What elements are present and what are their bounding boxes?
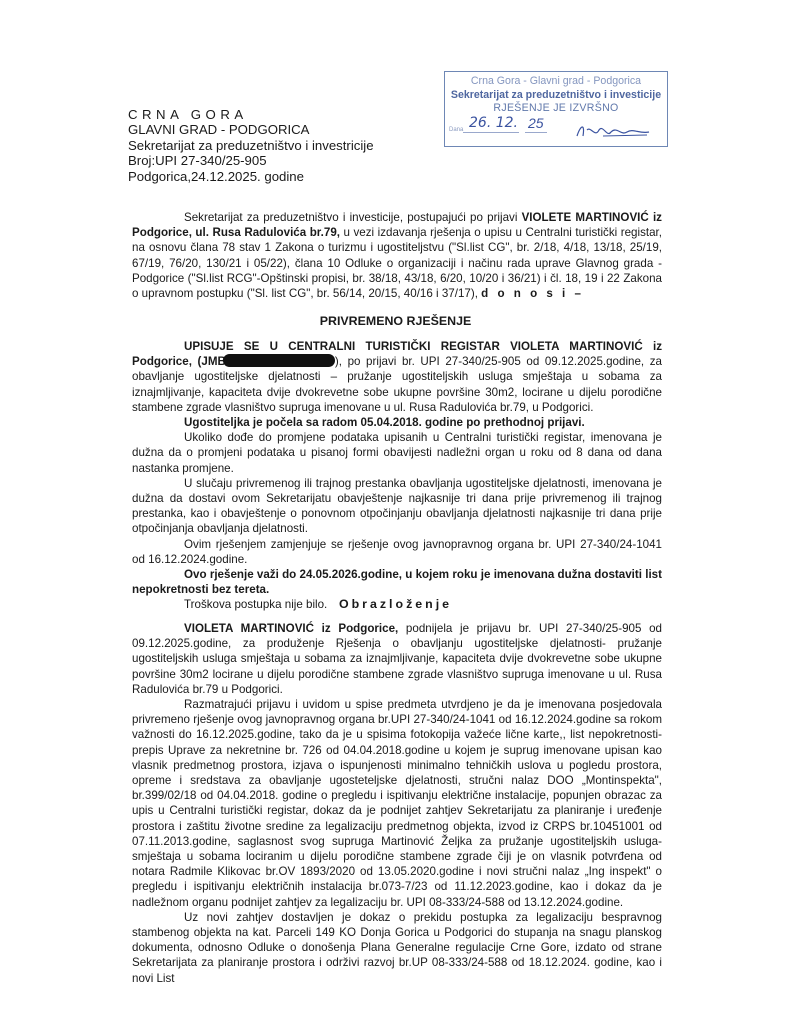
letterhead-country: CRNA GORA: [128, 107, 374, 122]
stamp-line-department: Sekretarijat za preduzetništvo i investi…: [445, 89, 667, 103]
decision-start-date: Ugostiteljka je počela sa radom 05.04.20…: [132, 415, 662, 430]
jmb-suffix: ),: [335, 355, 342, 368]
signature-icon: [573, 120, 653, 142]
decision-title: PRIVREMENO RJEŠENJE: [0, 314, 791, 328]
reasoning-section: VIOLETA MARTINOVIĆ iz Podgorice, podnije…: [132, 621, 662, 986]
stamp-date-underline: [463, 132, 519, 133]
letterhead: CRNA GORA GLAVNI GRAD - PODGORICA Sekret…: [128, 107, 374, 184]
letterhead-department: Sekretarijat za preduzetništvo i investr…: [128, 138, 374, 153]
document-page: CRNA GORA GLAVNI GRAD - PODGORICA Sekret…: [0, 0, 791, 1024]
decision-replacement: Ovim rješenjem zamjenjuje se rješenje ov…: [132, 537, 662, 567]
reasoning-applicant: VIOLETA MARTINOVIĆ iz Podgorice,: [184, 622, 398, 635]
stamp-year-underline: [525, 132, 547, 133]
stamp-line-status: RJEŠENJE JE IZVRŠNO: [445, 102, 667, 116]
decision-change-notice: Ukoliko dođe do promjene podataka upisan…: [132, 430, 662, 476]
letterhead-city: GLAVNI GRAD - PODGORICA: [128, 122, 374, 137]
document-place-date: Podgorica,24.12.2025. godine: [128, 169, 374, 184]
intro-text-1: Sekretarijat za preduzetništvo i investi…: [184, 211, 522, 224]
stamp-date-value: 26. 12.: [469, 117, 518, 131]
decision-termination-notice: U slučaju privremenog ili trajnog presta…: [132, 476, 662, 537]
stamp-year-value: 25: [528, 117, 544, 131]
redacted-jmb: [223, 354, 335, 367]
decision-section: UPISUJE SE U CENTRALNI TURISTIČKI REGIST…: [132, 339, 662, 613]
stamp-line-authority: Crna Gora - Glavni grad - Podgorica: [445, 75, 667, 89]
decision-validity: Ovo rješenje važi do 24.05.2026.godine, …: [132, 567, 662, 597]
reasoning-findings: Razmatrajući prijavu i uvidom u spise pr…: [132, 697, 662, 910]
intro-donosi: d o n o s i –: [481, 287, 584, 300]
reasoning-additional-evidence: Uz novi zahtjev dostavljen je dokaz o pr…: [132, 910, 662, 986]
document-number: Broj:UPI 27-340/25-905: [128, 153, 374, 168]
jmb-prefix: (JMB: [198, 355, 226, 368]
reasoning-title: Obrazloženje: [0, 597, 791, 611]
intro-paragraph: Sekretarijat za preduzetništvo i investi…: [132, 210, 662, 301]
executive-stamp: Crna Gora - Glavni grad - Podgorica Sekr…: [444, 71, 668, 147]
